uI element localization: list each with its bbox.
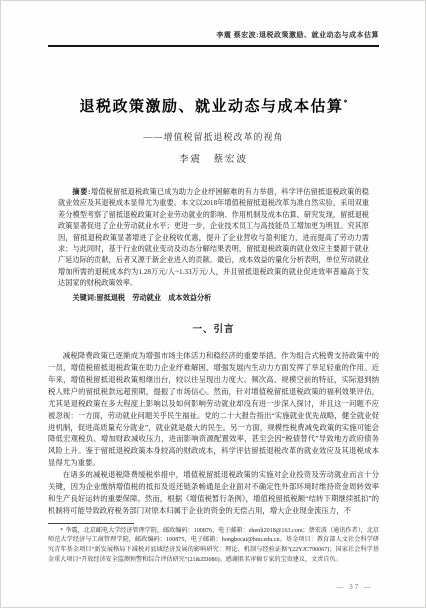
- paper-page: 李震 蔡宏波:退税政策激励、就业动态与成本估算 退税政策激励、就业动态与成本估算…: [0, 0, 426, 608]
- keywords-text: 留抵退税 劳动就业 成本效益分析: [96, 294, 211, 302]
- paper-title-text: 退税政策激励、就业动态与成本估算: [79, 99, 343, 115]
- keywords-label: 关键词:: [72, 294, 96, 302]
- footnote-marker: *: [60, 528, 63, 534]
- body-paragraph-2: 在诸多的减税退税降费缓税举措中，增值税留抵退税政策的实施对企业投资及劳动就业而言…: [48, 469, 379, 517]
- keywords-line: 关键词:留抵退税 劳动就业 成本效益分析: [48, 293, 379, 304]
- running-head: 李震 蔡宏波:退税政策激励、就业动态与成本估算: [48, 31, 379, 40]
- paper-title: 退税政策激励、就业动态与成本估算*: [48, 93, 379, 117]
- author-names: 李震 蔡宏波: [48, 154, 379, 167]
- title-footnote-mark: *: [344, 98, 348, 107]
- abstract: 摘要:增值税留抵退税政策已成为助力企业纾困解难的有力举措，科学评估留抵退税政策的…: [48, 187, 379, 290]
- footnote-text: 李震，北京邮电大学经济管理学院，邮政编码：100876，电子邮箱：zhenli2…: [48, 528, 379, 563]
- abstract-text: 增值税留抵退税政策已成为助力企业纾困解难的有力举措，科学评估留抵退税政策的稳就业…: [58, 188, 369, 287]
- header-rule: [48, 45, 379, 47]
- footnote-rule: [48, 523, 134, 524]
- footnote: *李震，北京邮电大学经济管理学院，邮政编码：100876，电子邮箱：zhenli…: [48, 527, 379, 565]
- paper-subtitle: ——增值税留抵退税改革的视角: [48, 131, 379, 143]
- body-paragraph-1: 减税降费政策已逐渐成为增强市场主体活力和稳经济的重要举措。作为组合式税费支持政策…: [48, 350, 379, 469]
- section-heading-introduction: 一、引言: [48, 324, 379, 337]
- page-number: — 37 —: [337, 583, 374, 591]
- abstract-label: 摘要:: [72, 188, 91, 196]
